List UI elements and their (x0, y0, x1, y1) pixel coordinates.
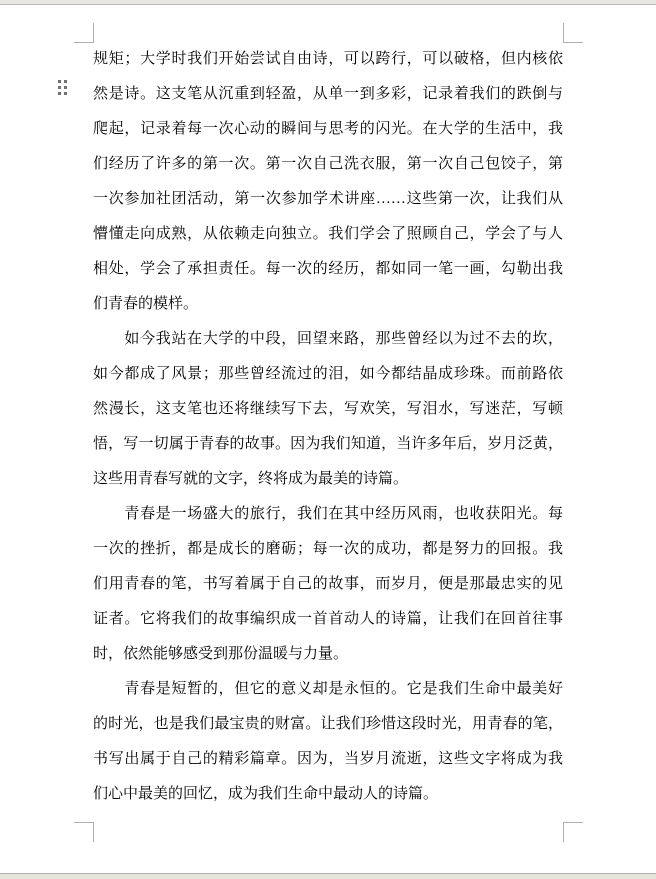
text-line[interactable]: 青春是短暂的，但它的意义却是永恒的。它是我们生命中最美好 (93, 672, 563, 707)
text-line[interactable]: 懵懂走向成熟，从依赖走向独立。我们学会了照顾自己，学会了与人 (93, 217, 563, 252)
text-boundary-mark-bottom-right (563, 822, 583, 842)
page-gap-top (0, 0, 656, 5)
text-line[interactable]: 如今都成了风景；那些曾经流过的泪，如今都结晶成珍珠。而前路依 (93, 357, 563, 392)
text-line[interactable]: 们心中最美的回忆，成为我们生命中最动人的诗篇。 (93, 777, 563, 812)
paragraph: 如今我站在大学的中段，回望来路，那些曾经以为过不去的坎，如今都成了风景；那些曾经… (93, 322, 563, 497)
page-gap-bottom (0, 873, 656, 879)
text-line[interactable]: 相处，学会了承担责任。每一次的经历，都如同一笔一画，勾勒出我 (93, 252, 563, 287)
text-line[interactable]: 如今我站在大学的中段，回望来路，那些曾经以为过不去的坎， (93, 322, 563, 357)
text-line[interactable]: 们用青春的笔，书写着属于自己的故事，而岁月，便是那最忠实的见 (93, 567, 563, 602)
text-line[interactable]: 规矩；大学时我们开始尝试自由诗，可以跨行，可以破格，但内核依 (93, 42, 563, 77)
text-boundary-mark-top-right (563, 23, 583, 43)
text-line[interactable]: 悟，写一切属于青春的故事。因为我们知道，当许多年后，岁月泛黄， (93, 427, 563, 462)
paragraph: 规矩；大学时我们开始尝试自由诗，可以跨行，可以破格，但内核依然是诗。这支笔从沉重… (93, 42, 563, 322)
paragraph: 青春是短暂的，但它的意义却是永恒的。它是我们生命中最美好的时光，也是我们最宝贵的… (93, 672, 563, 812)
document-body-text[interactable]: 规矩；大学时我们开始尝试自由诗，可以跨行，可以破格，但内核依然是诗。这支笔从沉重… (93, 42, 563, 812)
document-page: 规矩；大学时我们开始尝试自由诗，可以跨行，可以破格，但内核依然是诗。这支笔从沉重… (0, 0, 656, 879)
text-line[interactable]: 然漫长，这支笔也还将继续写下去，写欢笑，写泪水，写迷茫，写顿 (93, 392, 563, 427)
paragraph: 青春是一场盛大的旅行，我们在其中经历风雨，也收获阳光。每一次的挫折，都是成长的磨… (93, 497, 563, 672)
text-line[interactable]: 一次的挫折，都是成长的磨砺；每一次的成功，都是努力的回报。我 (93, 532, 563, 567)
text-line[interactable]: 爬起，记录着每一次心动的瞬间与思考的闪光。在大学的生活中，我 (93, 112, 563, 147)
text-line[interactable]: 书写出属于自己的精彩篇章。因为，当岁月流逝，这些文字将成为我 (93, 742, 563, 777)
drag-handle-icon[interactable] (58, 80, 67, 95)
text-line[interactable]: 一次参加社团活动，第一次参加学术讲座……这些第一次，让我们从 (93, 182, 563, 217)
text-line[interactable]: 然是诗。这支笔从沉重到轻盈，从单一到多彩，记录着我们的跌倒与 (93, 77, 563, 112)
text-boundary-mark-top-left (74, 23, 94, 43)
text-line[interactable]: 的时光，也是我们最宝贵的财富。让我们珍惜这段时光，用青春的笔， (93, 707, 563, 742)
text-line[interactable]: 时，依然能够感受到那份温暖与力量。 (93, 637, 563, 672)
text-line[interactable]: 们经历了许多的第一次。第一次自己洗衣服，第一次自己包饺子，第 (93, 147, 563, 182)
text-line[interactable]: 这些用青春写就的文字，终将成为最美的诗篇。 (93, 462, 563, 497)
text-line[interactable]: 青春是一场盛大的旅行，我们在其中经历风雨，也收获阳光。每 (93, 497, 563, 532)
text-line[interactable]: 们青春的模样。 (93, 287, 563, 322)
text-boundary-mark-bottom-left (74, 822, 94, 842)
text-line[interactable]: 证者。它将我们的故事编织成一首首动人的诗篇，让我们在回首往事 (93, 602, 563, 637)
